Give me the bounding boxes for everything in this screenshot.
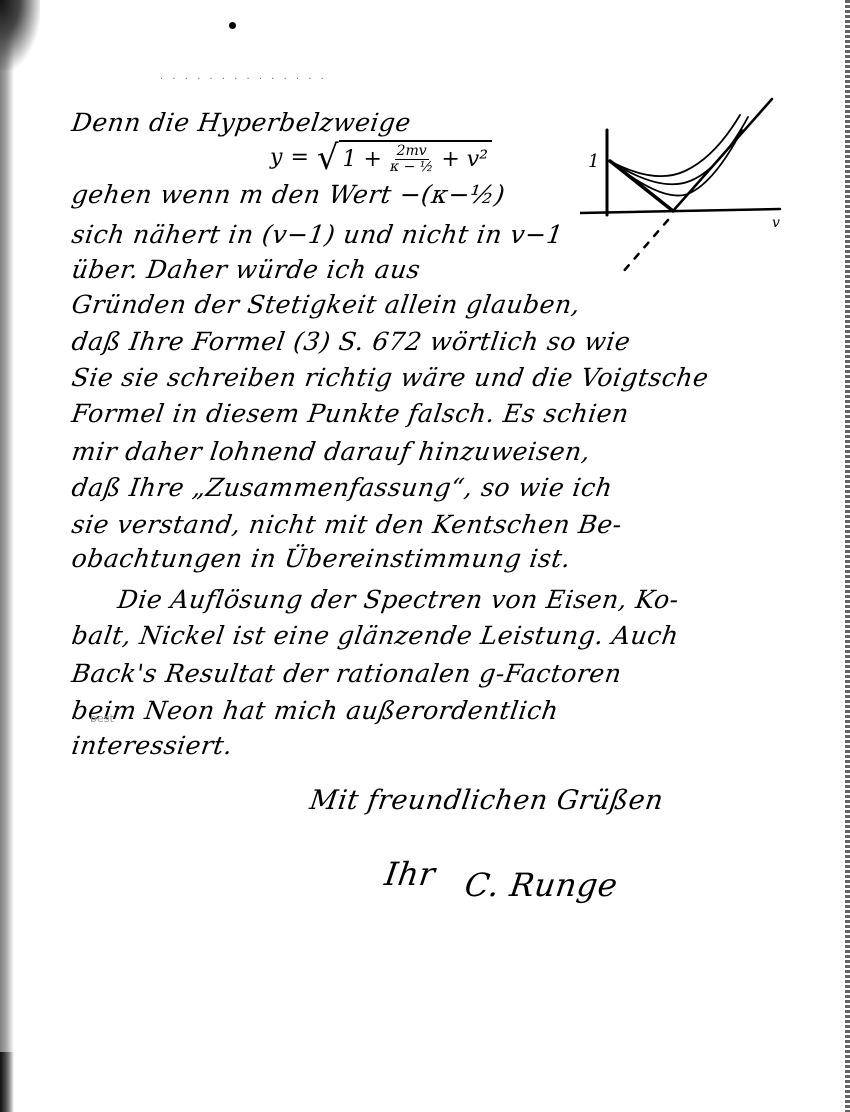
- formula-eq: =: [290, 145, 308, 170]
- formula-term3: + v²: [441, 147, 488, 172]
- formula-fraction: 2mv κ − ½: [390, 144, 433, 176]
- scan-edge-right: [845, 0, 850, 1112]
- asymptote-extension: [616, 220, 668, 275]
- letter-line-13: Die Auflösung der Spectren von Eisen, Ko…: [116, 585, 681, 614]
- faint-margin-mark: best: [90, 712, 114, 725]
- letter-line-1: Denn die Hyperbelzweige: [70, 108, 413, 137]
- letter-line-4: über. Daher würde ich aus: [70, 255, 422, 284]
- x-axis-label: v: [772, 215, 780, 231]
- letter-line-8: Formel in diesem Punkte falsch. Es schie…: [70, 399, 631, 428]
- letter-line-3: sich nähert in (v−1) und nicht in v−1: [70, 220, 565, 249]
- formula: y = √ 1 + 2mv κ − ½ + v²: [270, 140, 492, 176]
- letter-line-7: Sie sie schreiben richtig wäre und die V…: [70, 363, 711, 392]
- letter-line-16: beim Neon hat mich außerordentlich: [70, 696, 561, 725]
- y-axis-label: 1: [588, 151, 599, 172]
- fraction-numerator: 2mv: [395, 144, 429, 160]
- letter-line-12: obachtungen in Übereinstimmung ist.: [70, 544, 573, 573]
- letter-line-9: mir daher lohnend darauf hinzuweisen,: [70, 437, 592, 466]
- scan-corner-shadow-bottom: [0, 1052, 14, 1112]
- letter-line-11: sie verstand, nicht mit den Kentschen Be…: [70, 510, 624, 539]
- letter-line-10: daß Ihre „Zusammenfassung“, so wie ich: [70, 473, 615, 502]
- ink-dot: [229, 22, 236, 29]
- letter-closing: Mit freundlichen Grüßen: [308, 785, 666, 816]
- letter-line-17: interessiert.: [70, 731, 235, 760]
- radicand: 1 + 2mv κ − ½ + v²: [339, 140, 493, 176]
- signature: C. Runge: [462, 866, 620, 904]
- formula-sqrt: √ 1 + 2mv κ − ½ + v²: [317, 140, 492, 176]
- letter-line-14: balt, Nickel ist eine glänzende Leistung…: [70, 621, 681, 650]
- letter-line-6: daß Ihre Formel (3) S. 672 wörtlich so w…: [70, 327, 632, 356]
- scan-corner-shadow: [0, 0, 40, 70]
- formula-lhs: y: [270, 145, 282, 170]
- radical-sign: √: [317, 141, 339, 175]
- letter-line-15: Back's Resultat der rationalen g-Factore…: [70, 659, 624, 688]
- letter-line-5: Gründen der Stetigkeit allein glauben,: [70, 290, 582, 319]
- fraction-denominator: κ − ½: [390, 160, 433, 175]
- letter-line-2: gehen wenn m den Wert −(κ−½): [70, 180, 507, 209]
- scan-edge-left: [0, 0, 14, 1112]
- faint-header-marks: · · · · · · · · · · · · · ·: [160, 74, 327, 85]
- formula-term1: 1 +: [343, 147, 382, 172]
- hyperbola-sketch: 1 v: [580, 75, 795, 275]
- x-axis: [580, 209, 780, 213]
- signature-prefix: Ihr: [382, 855, 437, 893]
